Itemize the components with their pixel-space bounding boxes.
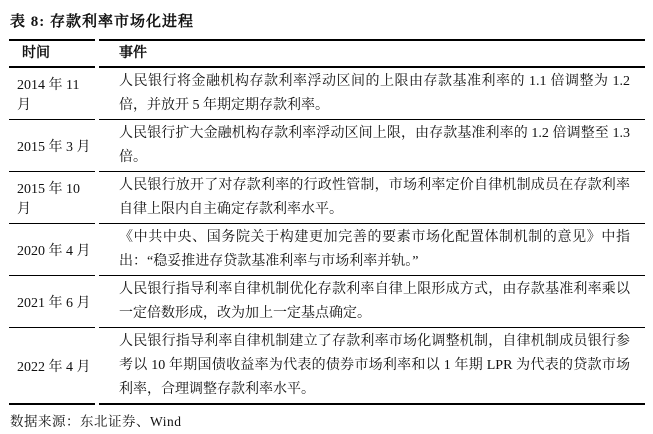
row-event: 人民银行指导利率自律机制优化存款利率自律上限形成方式，由存款基准利率乘以一定倍数… — [99, 276, 645, 328]
row-time: 2014 年 11 月 — [9, 68, 95, 120]
row-event: 人民银行将金融机构存款利率浮动区间的上限由存款基准利率的 1.1 倍调整为 1.… — [99, 68, 645, 120]
table-row: 2014 年 11 月人民银行将金融机构存款利率浮动区间的上限由存款基准利率的 … — [9, 68, 645, 120]
row-time: 2020 年 4 月 — [9, 224, 95, 276]
row-time: 2015 年 3 月 — [9, 120, 95, 172]
row-event: 人民银行扩大金融机构存款利率浮动区间上限，由存款基准利率的 1.2 倍调整至 1… — [99, 120, 645, 172]
table-row: 2022 年 4 月人民银行指导利率自律机制建立了存款利率市场化调整机制，自律机… — [9, 328, 645, 405]
row-time: 2021 年 6 月 — [9, 276, 95, 328]
table-body: 2014 年 11 月人民银行将金融机构存款利率浮动区间的上限由存款基准利率的 … — [9, 68, 645, 405]
table-row: 2021 年 6 月人民银行指导利率自律机制优化存款利率自律上限形成方式，由存款… — [9, 276, 645, 328]
table-row: 2015 年 10 月人民银行放开了对存款利率的行政性管制，市场利率定价自律机制… — [9, 172, 645, 224]
table-row: 2020 年 4 月《中共中央、国务院关于构建更加完善的要素市场化配置体制机制的… — [9, 224, 645, 276]
row-event: 人民银行放开了对存款利率的行政性管制，市场利率定价自律机制成员在存款利率自律上限… — [99, 172, 645, 224]
table-row: 2015 年 3 月人民银行扩大金融机构存款利率浮动区间上限，由存款基准利率的 … — [9, 120, 645, 172]
column-header-time: 时间 — [9, 39, 95, 68]
report-table-page: 表 8: 存款利率市场化进程 时间 事件 2014 年 11 月人民银行将金融机… — [0, 0, 653, 434]
table-header-row: 时间 事件 — [9, 39, 645, 68]
table-title: 表 8: 存款利率市场化进程 — [10, 13, 645, 32]
column-header-event: 事件 — [99, 39, 645, 68]
row-time: 2015 年 10 月 — [9, 172, 95, 224]
row-event: 人民银行指导利率自律机制建立了存款利率市场化调整机制，自律机制成员银行参考以 1… — [99, 328, 645, 405]
row-event: 《中共中央、国务院关于构建更加完善的要素市场化配置体制机制的意见》中指出：“稳妥… — [99, 224, 645, 276]
row-time: 2022 年 4 月 — [9, 328, 95, 405]
deposit-rate-table: 时间 事件 2014 年 11 月人民银行将金融机构存款利率浮动区间的上限由存款… — [9, 39, 645, 405]
data-source-note: 数据来源：东北证券、Wind — [10, 413, 645, 431]
